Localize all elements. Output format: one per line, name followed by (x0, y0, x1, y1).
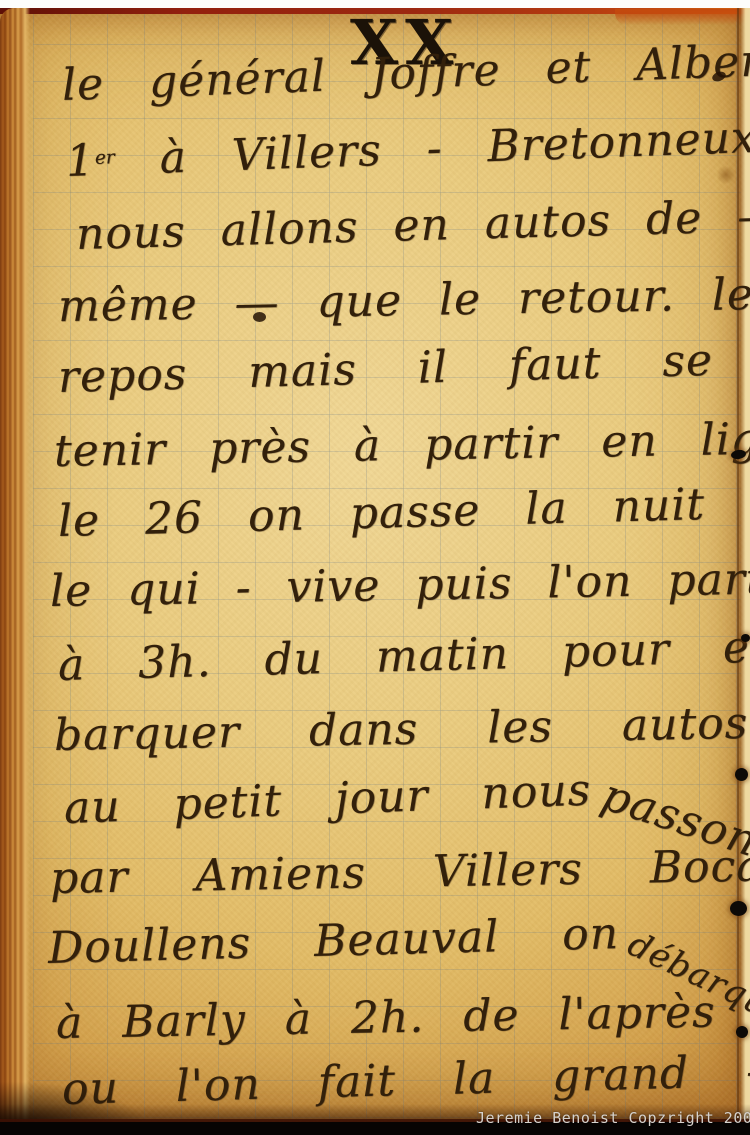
stitch-hole (741, 634, 750, 642)
handwriting-line-10: barquer dans les autos (54, 702, 749, 758)
stitch-hole (730, 901, 747, 916)
stitch-hole (735, 768, 748, 781)
handwriting-line-14: à Barly à 2h. de l'après midi (56, 988, 750, 1046)
stitch-hole (736, 1026, 748, 1038)
ink-blot (253, 312, 266, 322)
handwriting-line-12: par Amiens Villers Bocage (50, 844, 750, 901)
handwriting-line-6: tenir près à partir en ligne (54, 417, 750, 474)
stacked-page-edges (0, 8, 30, 1122)
handwriting-line-8: le qui - vive puis l'on part — (50, 556, 750, 614)
page-top-right-edge (615, 9, 750, 25)
scanned-notebook-page: XX le général Joffre et Albert 1er à Vil… (0, 0, 750, 1135)
superscript-er: er (95, 147, 115, 169)
copyright-watermark: Jeremie Benoist Copzright 2008 (476, 1109, 750, 1127)
handwriting-line-4: même — que le retour. le24 et25 (58, 270, 750, 329)
paper-stain (716, 166, 736, 184)
line-text: 1 (65, 135, 96, 187)
